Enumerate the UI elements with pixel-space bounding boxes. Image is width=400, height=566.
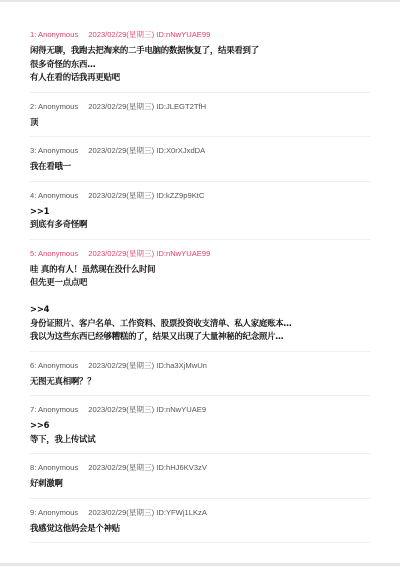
reply-quote-link[interactable]: >>1 [30, 205, 370, 219]
post-header: 8: Anonymous 2023/02/29(星期三) ID:hHJ6KV3z… [30, 463, 370, 473]
post-line: 身份证照片、客户名单、工作资料、股票投资收支清单、私人家庭账本… [30, 317, 370, 331]
post-line: 闲得无聊，我跑去把淘来的二手电脑的数据恢复了，结果看到了 [30, 44, 370, 58]
post-body: >>6 等下，我上传试试 [30, 419, 370, 446]
blank-line [30, 290, 370, 304]
post-date: 2023/02/29(星期三) [88, 405, 154, 414]
thread: 1: Anonymous 2023/02/29(星期三) ID:nNwYUAE9… [30, 30, 370, 552]
post-divider [30, 395, 370, 396]
post-2: 2: Anonymous 2023/02/29(星期三) ID:JLEGT2Tf… [30, 102, 370, 130]
post-8: 8: Anonymous 2023/02/29(星期三) ID:hHJ6KV3z… [30, 463, 370, 491]
post-1: 1: Anonymous 2023/02/29(星期三) ID:nNwYUAE9… [30, 30, 370, 85]
post-divider [30, 92, 370, 93]
post-line: 无图无真相啊？？ [30, 375, 370, 389]
post-divider [30, 181, 370, 182]
post-header: 4: Anonymous 2023/02/29(星期三) ID:kZZ9p9Kt… [30, 191, 370, 201]
poster-id: ID:hHJ6KV3zV [156, 463, 207, 472]
reply-quote-link[interactable]: >>6 [30, 419, 370, 433]
post-line: 好刺激啊 [30, 477, 370, 491]
post-number: 7: [30, 405, 36, 414]
post-body: 顶 [30, 116, 370, 130]
poster-name: Anonymous [38, 463, 78, 472]
post-3: 3: Anonymous 2023/02/29(星期三) ID:X0rXJxdD… [30, 146, 370, 174]
post-line: 等下，我上传试试 [30, 433, 370, 447]
poster-id: ID:nNwYUAE99 [156, 30, 210, 39]
post-header: 2: Anonymous 2023/02/29(星期三) ID:JLEGT2Tf… [30, 102, 370, 112]
post-header: 1: Anonymous 2023/02/29(星期三) ID:nNwYUAE9… [30, 30, 370, 40]
post-divider [30, 136, 370, 137]
post-body: 闲得无聊，我跑去把淘来的二手电脑的数据恢复了，结果看到了 很多奇怪的东西… 有人… [30, 44, 370, 85]
poster-id: ID:kZZ9p9KtC [156, 191, 204, 200]
post-number: 9: [30, 508, 36, 517]
post-date: 2023/02/29(星期三) [88, 146, 154, 155]
post-header: 7: Anonymous 2023/02/29(星期三) ID:nNwYUAE9 [30, 405, 370, 415]
post-date: 2023/02/29(星期三) [88, 102, 154, 111]
post-line: 我以为这些东西已经够糟糕的了，结果又出现了大量神秘的纪念照片… [30, 330, 370, 344]
poster-id: ID:nNwYUAE9 [156, 405, 206, 414]
post-header: 5: Anonymous 2023/02/29(星期三) ID:nNwYUAE9… [30, 249, 370, 259]
post-header: 9: Anonymous 2023/02/29(星期三) ID:YFWj1LKz… [30, 508, 370, 518]
post-divider [30, 542, 370, 543]
post-line: 到底有多奇怪啊 [30, 218, 370, 232]
post-body: 我在看哦一 [30, 160, 370, 174]
post-date: 2023/02/29(星期三) [88, 191, 154, 200]
poster-name: Anonymous [38, 249, 78, 258]
post-body: 我感觉这他妈会是个神贴 [30, 522, 370, 536]
post-line: 顶 [30, 116, 370, 130]
post-6: 6: Anonymous 2023/02/29(星期三) ID:ha3XjMwU… [30, 361, 370, 389]
post-number: 2: [30, 102, 36, 111]
post-number: 3: [30, 146, 36, 155]
post-9: 9: Anonymous 2023/02/29(星期三) ID:YFWj1LKz… [30, 508, 370, 536]
post-divider [30, 498, 370, 499]
post-header: 6: Anonymous 2023/02/29(星期三) ID:ha3XjMwU… [30, 361, 370, 371]
poster-id: ID:ha3XjMwUn [156, 361, 207, 370]
poster-id: ID:X0rXJxdDA [156, 146, 205, 155]
post-number: 5: [30, 249, 36, 258]
reply-quote-link[interactable]: >>4 [30, 303, 370, 317]
post-body: 无图无真相啊？？ [30, 375, 370, 389]
post-5: 5: Anonymous 2023/02/29(星期三) ID:nNwYUAE9… [30, 249, 370, 344]
post-7: 7: Anonymous 2023/02/29(星期三) ID:nNwYUAE9… [30, 405, 370, 446]
poster-name: Anonymous [38, 508, 78, 517]
post-divider [30, 453, 370, 454]
post-date: 2023/02/29(星期三) [88, 30, 154, 39]
poster-id: ID:JLEGT2TfH [156, 102, 206, 111]
post-body: >>1 到底有多奇怪啊 [30, 205, 370, 232]
post-line: 我感觉这他妈会是个神贴 [30, 522, 370, 536]
poster-name: Anonymous [38, 102, 78, 111]
top-border [0, 0, 400, 2]
post-date: 2023/02/29(星期三) [88, 361, 154, 370]
post-number: 4: [30, 191, 36, 200]
post-number: 1: [30, 30, 36, 39]
poster-name: Anonymous [38, 405, 78, 414]
post-date: 2023/02/29(星期三) [88, 508, 154, 517]
poster-id: ID:nNwYUAE99 [156, 249, 210, 258]
poster-name: Anonymous [38, 191, 78, 200]
post-number: 8: [30, 463, 36, 472]
post-number: 6: [30, 361, 36, 370]
post-header: 3: Anonymous 2023/02/29(星期三) ID:X0rXJxdD… [30, 146, 370, 156]
post-divider [30, 351, 370, 352]
post-date: 2023/02/29(星期三) [88, 249, 154, 258]
poster-name: Anonymous [38, 146, 78, 155]
post-body: 好刺激啊 [30, 477, 370, 491]
post-line: 有人在看的话我再更贴吧 [30, 71, 370, 85]
poster-name: Anonymous [38, 30, 78, 39]
post-4: 4: Anonymous 2023/02/29(星期三) ID:kZZ9p9Kt… [30, 191, 370, 232]
post-divider [30, 239, 370, 240]
post-line: 很多奇怪的东西… [30, 58, 370, 72]
post-date: 2023/02/29(星期三) [88, 463, 154, 472]
post-body: 哇 真的有人！虽然现在没什么时间 但先更一点点吧 >>4 身份证照片、客户名单、… [30, 263, 370, 344]
poster-id: ID:YFWj1LKzA [156, 508, 207, 517]
poster-name: Anonymous [38, 361, 78, 370]
post-line: 我在看哦一 [30, 160, 370, 174]
post-line: 哇 真的有人！虽然现在没什么时间 [30, 263, 370, 277]
post-line: 但先更一点点吧 [30, 276, 370, 290]
